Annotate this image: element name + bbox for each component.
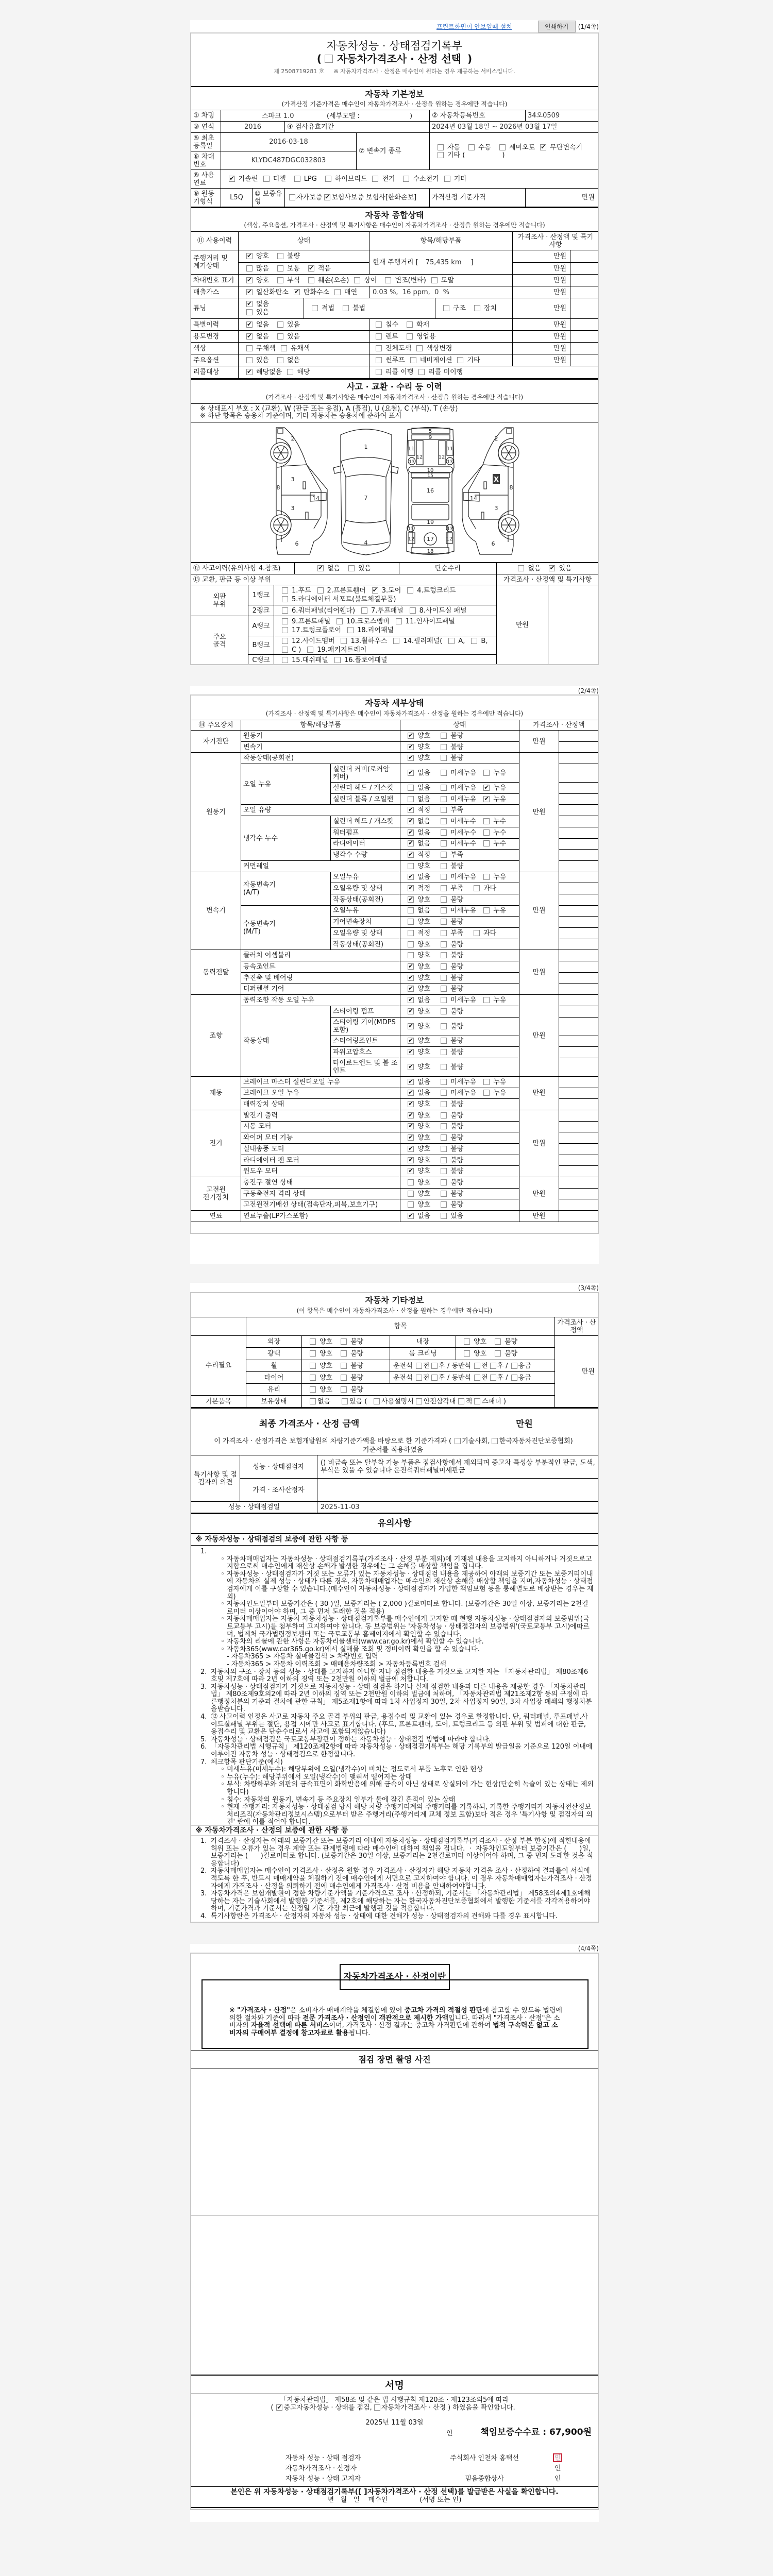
checkbox-empty-icon — [312, 305, 318, 311]
option: 양호 — [310, 1350, 341, 1358]
option-label: 불량 — [450, 732, 463, 740]
note-cell — [559, 1058, 599, 1076]
option: 적정 — [408, 806, 441, 814]
part-label: 19 — [427, 519, 434, 526]
checkbox-empty-icon — [471, 638, 477, 644]
option-label: 누유 — [493, 907, 506, 914]
status-options: 양호불량 — [400, 1188, 519, 1199]
option-label: 가솔린 — [239, 175, 258, 183]
option: 상이 — [354, 277, 385, 284]
option: 미세누유 — [441, 1078, 483, 1086]
tire-position-options: 운전석전후/ 동반석전후/응급 — [390, 1372, 555, 1384]
notice-sub-item: - 자동차365 > 자동차 이력조회 > 매매용차량조회 > 자동차등록번호 … — [211, 1661, 594, 1669]
notice-text: 「자동차관리법 시행규칙」 제120조제2항에 따라 자동차성능 · 상태점검기… — [211, 1743, 594, 1758]
option-label: 12.사이드멤버 — [292, 637, 334, 645]
notice-number: 3. — [191, 1684, 211, 1714]
part-label: 4 — [364, 539, 368, 546]
option: 해당 — [287, 368, 318, 376]
option: 하이브리드 — [325, 175, 373, 183]
checkbox-empty-icon — [518, 565, 524, 571]
option-label: 불량 — [450, 941, 463, 948]
checkbox-empty-icon — [483, 1079, 490, 1085]
part-label: 13 — [409, 460, 414, 465]
gloss-options: 양호불량 — [302, 1348, 390, 1360]
option-label: 4.트렁크리드 — [417, 587, 456, 595]
checkbox-empty-icon — [408, 1179, 414, 1185]
checkbox-empty-icon — [282, 607, 288, 614]
checkbox-empty-icon — [361, 607, 367, 614]
base-price-unit: 만원 — [526, 189, 599, 207]
option-label: 네비게이션 — [420, 357, 452, 364]
option: C ) — [282, 646, 307, 654]
header-price: 가격조사 · 산정액 — [519, 720, 599, 731]
engine-type-value: L5Q — [221, 189, 253, 207]
checkbox-empty-icon — [408, 1201, 414, 1208]
option-label: 불량 — [350, 1374, 363, 1382]
color-items: 전체도색색상변경 — [369, 343, 513, 354]
option-label: 없음 — [317, 1398, 330, 1405]
reg-no-label: ② 자동차등록번호 — [430, 110, 526, 122]
option-label: 없음 — [327, 565, 340, 572]
option: 불량 — [441, 974, 474, 982]
table-row: 리콜대상 해당없음해당 리콜 이행리콜 미이행 — [191, 366, 599, 379]
option: 양호 — [408, 1112, 441, 1120]
option-label: 양호 — [417, 974, 430, 982]
option: 보험사보증 보험사[한화손보] — [324, 194, 418, 201]
status-options: 없음미세누유누유 — [400, 793, 519, 805]
option: 네비게이션 — [410, 357, 458, 364]
option-label: 자동 — [447, 144, 460, 151]
option-label: 변조(변타) — [395, 277, 426, 284]
checkbox-empty-icon — [310, 1363, 316, 1369]
install-print-viewer-link[interactable]: 프린트화면이 안보일때 설치 — [436, 22, 512, 31]
option-label: 9.프론트패널 — [292, 618, 330, 625]
option: 부식 — [277, 277, 308, 284]
header-main-device: ⑭ 주요장치 — [191, 720, 241, 731]
table-row: 주행거리 및 계기상태 양호불량 현재 주행거리 [75,435 km] 만원 — [191, 250, 599, 263]
rank-label: B랭크 — [248, 636, 274, 655]
option: 부족 — [441, 806, 474, 814]
option-label: 적법 — [322, 304, 334, 312]
price-unit: 만원 — [519, 731, 559, 753]
checkbox-checked-icon — [408, 807, 414, 813]
part-label: 6 — [295, 540, 299, 547]
notifier-name: 믿음종합상사 — [433, 2475, 536, 2483]
page-toolbar: 프린트화면이 안보일때 설치 인쇄하기 (1/4쪽) — [190, 20, 599, 32]
option-label: 양호 — [417, 732, 430, 740]
inspection-item: 냉각수 누수 — [241, 816, 331, 861]
table-row: 기본품목 보유상태 없음있음 (사용설명서안전삼각대잭스패너) — [191, 1396, 599, 1408]
tuning-options: 없음있음 — [239, 298, 304, 319]
note-cell — [559, 1017, 599, 1036]
checkbox-empty-icon — [277, 357, 283, 363]
option-label: 탄화수소 — [304, 289, 329, 296]
checkbox-checked-icon — [408, 1023, 414, 1029]
notices-title: 유의사항 — [191, 1514, 598, 1533]
price-appraisal-intro: 자동차가격조사 · 산정이란 ※ "가격조사 · 산정"은 소비자가 매매계약을… — [191, 1954, 598, 2051]
checkbox-empty-icon — [374, 1398, 380, 1404]
basic-info-table: ① 차명 스파크 1.0 (세부모델 : ) ② 자동차등록번호 34오0509… — [191, 110, 599, 207]
print-button[interactable]: 인쇄하기 — [538, 21, 576, 32]
accident-history-subtitle: (가격조사 · 산정액 및 특기사항은 매수인이 자동차가격조사 · 산정을 원… — [191, 393, 598, 403]
main-options-items: 썬루프네비게이션기타 — [369, 354, 513, 366]
option-label: 누수 — [493, 829, 506, 837]
status-options: 양호불량 — [400, 1132, 519, 1144]
option-label: 불량 — [450, 974, 463, 982]
option-label: 없음 — [417, 873, 430, 881]
checkbox-empty-icon — [396, 618, 402, 624]
warranty-options: 자가보증보험사보증 보험사[한화손보] — [285, 189, 430, 207]
part-label: 18 — [427, 549, 434, 554]
vin-marking-label: 차대번호 표기 — [191, 275, 239, 286]
inspection-sub-item: 작동상태(공회전) — [331, 894, 400, 905]
option-label: 불량 — [450, 1100, 463, 1108]
body-text: ※ — [229, 2007, 237, 2014]
option: 미세누유 — [441, 996, 483, 1004]
inspection-sub-item: 파워고압호스 — [331, 1047, 400, 1058]
table-row: 특기사항 및 점검자의 의견 성능 · 상태점검자 () 비금속 또는 탈부착 … — [191, 1455, 599, 1479]
glass-label: 유리 — [246, 1384, 302, 1396]
option-label: 미세누유 — [450, 1089, 476, 1097]
option-label: 없음 — [528, 565, 541, 572]
option-label: 불량 — [450, 1123, 463, 1130]
notice-text: ⑫ 사고이력 인정은 사고로 자동차 주요 골격 부위의 판금, 용접수리 및 … — [211, 1714, 594, 1736]
overall-status-subtitle: (색상, 주요옵션, 가격조사 · 산정액 및 특기사항은 매수인이 자동차가격… — [191, 222, 598, 231]
checkbox-empty-icon — [408, 907, 414, 913]
option: 보통 — [277, 265, 308, 273]
option: 양호 — [408, 941, 441, 948]
header-item: 항목/해당부품 — [369, 232, 513, 250]
note-cell — [559, 1006, 599, 1017]
notice-body: 특기사항란은 가격조사 · 산정자의 자동차 성능 · 상태에 대한 견해가 성… — [211, 1913, 598, 1921]
option-label: 양호 — [417, 1023, 430, 1030]
option: 안전삼각대 — [416, 1398, 458, 1405]
checkbox-empty-icon — [441, 863, 447, 869]
part-label: 1 — [364, 444, 368, 450]
option-label: 불량 — [505, 1338, 517, 1346]
option-label: 13.휠하우스 — [350, 637, 387, 645]
option-label: 6.쿼터패널(리어휀다) — [292, 607, 355, 615]
note-cell — [570, 319, 599, 331]
option: 응급 — [511, 1374, 533, 1382]
option: 불량 — [441, 1100, 474, 1108]
note-cell — [570, 331, 599, 343]
option: 4.트렁크리드 — [407, 586, 462, 595]
option: 없음 — [517, 565, 548, 572]
part-label: 10 — [427, 468, 434, 473]
checkbox-checked-icon — [294, 289, 300, 295]
option-label: 많음 — [256, 265, 269, 273]
notice-bullet: 자동차매매업자는 자동차성능 · 상태점검기록부(가격조사 · 산정 부분 제외… — [211, 1556, 594, 1571]
checkbox-checked-icon — [408, 1038, 414, 1044]
option-label: 렌트 — [385, 333, 398, 341]
checkbox-empty-icon — [483, 1090, 490, 1096]
note-cell — [559, 1121, 599, 1132]
option-label: 장치 — [484, 304, 497, 312]
option: 수동 — [468, 144, 499, 151]
page-toolbar: (2/4쪽) — [190, 686, 599, 694]
table-row: 가격 · 조사산정자 — [191, 1479, 599, 1502]
note-cell — [559, 860, 599, 872]
notice-number: 4. — [191, 1913, 211, 1921]
option-label: 양호 — [417, 985, 430, 993]
checkbox-empty-icon — [441, 885, 447, 891]
transmission-label: ⑦ 변속기 종류 — [357, 133, 430, 170]
device-group: 원동기 — [191, 753, 241, 872]
option-label: A, — [458, 637, 465, 645]
color-options: 무채색유채색 — [239, 343, 369, 354]
option-label: 유채색 — [291, 345, 310, 352]
checkbox-checked-icon — [483, 785, 490, 791]
option-label: 썬루프 — [385, 357, 405, 364]
option: 있음 — [347, 565, 378, 572]
part-label: 15 — [427, 473, 433, 479]
option-label: 상이 — [364, 277, 377, 284]
body-text: 이며, 가격조사 · 산정 결과는 중고차 가격판단에 관하여 — [329, 2022, 493, 2029]
option: 양호 — [408, 1190, 441, 1198]
notice-body: 체크항목 판단기준(예시)미세누유(미세누수): 해당부위에 오일(냉각수)이 … — [211, 1759, 598, 1825]
option-label: 침수 — [385, 321, 398, 329]
notice-text — [211, 1548, 594, 1556]
page-number: (1/4쪽) — [578, 22, 599, 31]
checkbox-empty-icon — [282, 596, 288, 602]
option-label: 양호 — [417, 1179, 430, 1187]
checkbox-empty-icon — [307, 647, 313, 653]
option-label: 불법 — [352, 304, 365, 312]
option: 누수 — [483, 818, 516, 825]
inspection-sub-item: 실린더 블록 / 오일팬 — [331, 793, 400, 805]
option-label: 적정 — [417, 929, 430, 937]
interior-options: 양호불량 — [456, 1336, 555, 1348]
option-label: B, — [481, 637, 488, 645]
option-label: 수동 — [478, 144, 491, 151]
inspection-sub-item: 오일누유 — [331, 905, 400, 917]
notice-number: 6. — [191, 1743, 211, 1758]
option: 부족 — [441, 851, 474, 859]
table-row: 고전원 전기장치충전구 절연 상태양호불량만원 — [191, 1177, 599, 1189]
option-label: 불량 — [450, 1157, 463, 1164]
status-options: 적정부족 — [400, 805, 519, 816]
option-text: ( — [271, 2404, 273, 2412]
table-row: 유리 양호불량 — [191, 1384, 599, 1396]
option-label: 18.리어패널 — [357, 626, 394, 634]
mileage-label: 주행거리 및 계기상태 — [191, 250, 239, 275]
option-text: ) — [467, 53, 472, 64]
option: 장치 — [474, 304, 505, 312]
emphasis-text: 자율적 선택에 따른 서비스 — [251, 2022, 329, 2029]
option-label: 불량 — [350, 1350, 363, 1358]
option-label: 있음 ( — [349, 1398, 367, 1405]
option-label: 양호 — [417, 1008, 430, 1015]
option-label: 과다 — [483, 929, 496, 937]
recall-label: 리콜대상 — [191, 366, 239, 379]
car-damage-diagram: 2 3 8 14 3 6 1 7 4 5 9 11 11 12 12 13 13… — [191, 422, 598, 562]
checkbox-empty-icon — [277, 333, 283, 340]
checkbox-checked-icon — [408, 1146, 414, 1152]
note-cell — [559, 1088, 599, 1099]
option: 적정 — [408, 851, 441, 859]
notice-bullet: 자동차의 리콜에 관한 사항은 자동차리콜센터(www.car.go.kr)에서… — [211, 1638, 594, 1646]
option-label: 훼손(오손) — [318, 277, 349, 284]
checkbox-empty-icon — [403, 176, 409, 182]
option: 미세누유 — [441, 1089, 483, 1097]
price-unit: 만원 — [519, 1110, 559, 1177]
checkbox-empty-icon — [348, 565, 355, 571]
checkbox-checked-icon — [408, 1079, 414, 1085]
vin-value: KLYDC487DGC032803 — [221, 151, 357, 170]
checkbox-empty-icon — [483, 770, 490, 776]
option-text: ) 하였음을 확인합니다. — [448, 2404, 515, 2412]
notice-item: 3.자동차성능 · 상태점검자가 거짓으로 자동차성능 · 상태 점검을 하거나… — [191, 1684, 598, 1714]
option: 자동차가격조사 · 산정 — [374, 2404, 448, 2412]
price-unit: 만원 — [519, 872, 559, 950]
option-label: 양호 — [256, 252, 269, 260]
checkbox-empty-icon — [282, 638, 288, 644]
option-label: 미세누유 — [450, 907, 476, 914]
option-label: 15.대쉬패널 — [292, 656, 328, 664]
inspection-period-value: 2024년 03월 18일 ~ 2026년 03월 17일 — [430, 122, 599, 133]
performance-warranty-heading: ※ 자동차성능 · 상태점검의 보증에 관한 사항 등 — [191, 1534, 598, 1545]
option: 누수 — [483, 840, 516, 848]
option-label: 8.사이드실 패널 — [419, 607, 467, 615]
option-label: 리콜 미이행 — [428, 368, 463, 376]
option-label: 있음 — [358, 565, 371, 572]
checkbox-checked-icon — [246, 253, 253, 259]
checkbox-checked-icon — [246, 301, 253, 307]
note-cell — [559, 805, 599, 816]
option: 양호 — [310, 1386, 341, 1394]
option: 불량 — [441, 1123, 474, 1130]
option: 렌트 — [376, 333, 407, 341]
checkbox-empty-icon — [441, 952, 447, 958]
signature-body: 「자동차관리법」 제58조 및 같은 법 시행규칙 제120조 · 제123조의… — [191, 2394, 598, 2487]
checkbox-empty-icon — [277, 265, 283, 272]
option-label: 없음 — [256, 321, 269, 329]
mileage-reading-cell: 현재 주행거리 [75,435 km] — [369, 250, 513, 275]
option: 후 — [431, 1374, 447, 1382]
option-label: 양호 — [417, 1100, 430, 1108]
note-cell — [559, 872, 599, 883]
option-label: 불량 — [450, 1179, 463, 1187]
inspection-sub-item: 타이로드엔드 및 볼 조인트 — [331, 1058, 400, 1076]
option-label: 불량 — [450, 985, 463, 993]
inspection-sub-item: 실린더 커버(로커암 커버) — [331, 764, 400, 783]
checkbox-empty-icon — [495, 1350, 501, 1357]
option-label: 기타 — [467, 357, 480, 364]
note-cell — [559, 1177, 599, 1189]
status-options: 양호불량 — [400, 741, 519, 753]
part-label: 3 — [291, 476, 295, 483]
option-label: 있음 — [450, 1212, 463, 1220]
table-row: 조향동력조향 작동 오일 누유없음미세누유누유만원 — [191, 995, 599, 1006]
checkbox-empty-icon — [354, 277, 360, 283]
inspection-item: 배력장치 상태 — [241, 1099, 400, 1110]
option-label: 양호 — [417, 1048, 430, 1056]
option: 불량 — [441, 1167, 474, 1175]
option-label: 불량 — [450, 963, 463, 971]
table-row: 용도변경 없음있음 렌트영업용 만원 — [191, 331, 599, 343]
checkbox-checked-icon — [408, 770, 414, 776]
option-label: 양호 — [320, 1350, 332, 1358]
option: 양호 — [408, 985, 441, 993]
checkbox-empty-icon — [441, 1168, 447, 1174]
option: 불량 — [441, 1023, 474, 1030]
checkbox-empty-icon — [441, 1079, 447, 1085]
inspection-sub-item: 스티어링 펌프 — [331, 1006, 400, 1017]
checkbox-empty-icon — [341, 1363, 347, 1369]
emission-values: 0.03 %, 16 ppm, 0 % — [369, 286, 513, 298]
option-label: 불량 — [450, 918, 463, 926]
option: 무채색 — [246, 345, 281, 352]
body-text: 됩니다. — [349, 2029, 371, 2037]
option-label: 전 — [481, 1362, 488, 1370]
option: 불량 — [441, 732, 474, 740]
checkbox-empty-icon — [410, 357, 416, 363]
option-label: 양호 — [417, 1112, 430, 1120]
notice-bullet: 자동차성능 · 상태점검자가 거짓 또는 오류가 있는 자동차성능 · 상태점검… — [211, 1571, 594, 1601]
price-unit: 만원 — [513, 286, 570, 298]
option: 디젤 — [263, 175, 294, 183]
inspector-name: 주식회사 인천차 홍택선 — [433, 2454, 536, 2463]
note-cell — [559, 793, 599, 805]
note-cell — [559, 905, 599, 917]
final-price-unit: 만원 — [516, 1416, 533, 1429]
part-label: 12 — [408, 536, 415, 542]
option: 양호 — [408, 1179, 441, 1187]
note-cell — [559, 1144, 599, 1155]
option: 없음 — [246, 333, 277, 341]
wheel-options: 양호불량 — [302, 1360, 390, 1372]
note-cell — [559, 894, 599, 905]
option-label: 양호 — [320, 1374, 332, 1382]
option: 7.루프패널 — [361, 606, 410, 615]
option: 적법 — [312, 304, 343, 312]
option-label: 보통 — [287, 265, 300, 273]
inspection-item: 충전구 절연 상태 — [241, 1177, 400, 1189]
document-number: 제 2508719281 호 — [274, 68, 324, 75]
first-registration-label: ⑤ 최초등록일 — [191, 133, 221, 151]
checkbox-empty-icon — [289, 194, 295, 200]
intro-text: ※ "가격조사 · 산정"은 소비자가 매매계약을 체결함에 있어 중고차 가격… — [229, 2007, 564, 2038]
basic-info-subtitle: (가격산정 기준가격은 매수인이 자동차가격조사 · 산정을 원하는 경우에만 … — [191, 100, 598, 110]
checkbox-checked-icon — [408, 755, 414, 761]
part-label: 14 — [470, 495, 477, 502]
option-label: 화재 — [416, 321, 429, 329]
notifier-seal-label: 인 — [554, 2475, 561, 2483]
status-options: 양호불량 — [400, 961, 519, 973]
status-options: 없음미세누유누유 — [400, 764, 519, 783]
table-row: ⑨ 원동기형식 L5Q ⑩ 보증유형 자가보증보험사보증 보험사[한화손보] 가… — [191, 189, 599, 207]
notice-item: 2.자동차매매업자는 매수인이 가격조사 · 산정을 원할 경우 가격조사 · … — [191, 1868, 598, 1890]
main-options-label: 주요옵션 — [191, 354, 239, 366]
inspection-sub-item: 작동상태(공회전) — [331, 939, 400, 950]
option: 후 — [431, 1362, 447, 1370]
option-label: 양호 — [417, 963, 430, 971]
option-text: 기준서를 적용하였음 — [363, 1446, 423, 1454]
price-unit: 만원 — [513, 263, 570, 275]
checkbox-empty-icon — [310, 1398, 316, 1404]
remarks-label: 특기사항 및 점검자의 의견 — [191, 1455, 240, 1502]
reg-no-value: 34오0509 — [526, 110, 599, 122]
part-label: 17 — [427, 536, 434, 543]
checkbox-checked-icon — [408, 874, 414, 880]
page-2-sheet: 자동차 세부상태 (가격조사 · 산정액 및 특기사항은 매수인이 자동차가격조… — [190, 694, 599, 1234]
option: 불량 — [441, 1112, 474, 1120]
option: 양호 — [246, 252, 277, 260]
checkbox-empty-icon — [441, 907, 447, 913]
checkbox-empty-icon — [443, 305, 449, 311]
notice-bullet: 현재 주행거리: 자동차성능 · 상태점검 당시 해당 차량 주행거리계의 주행… — [211, 1804, 594, 1825]
